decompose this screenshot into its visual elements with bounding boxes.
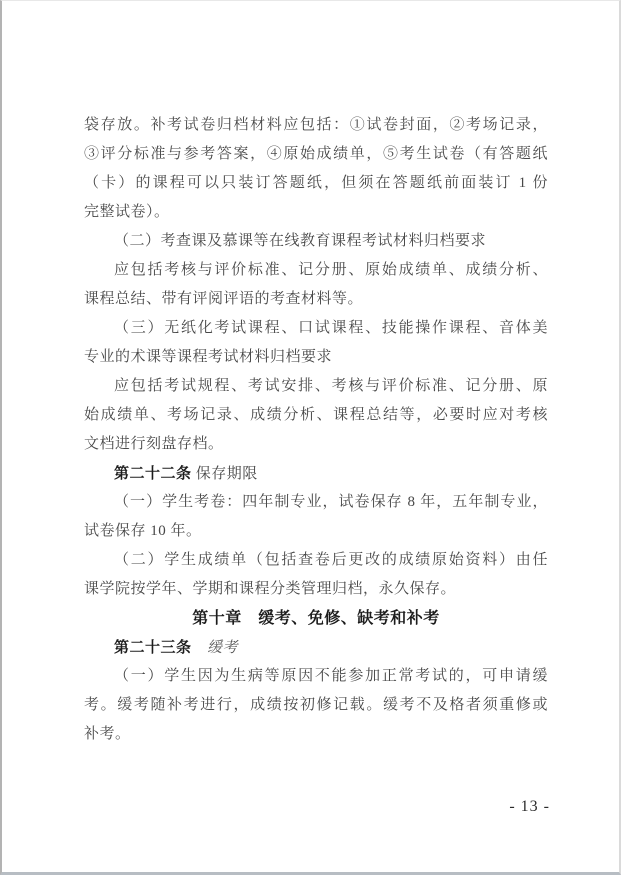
text-segment: 课学院按学年、学期和课程分类管理归档，永久保存。 (84, 581, 456, 597)
page-number: - 13 - (2, 798, 550, 816)
text-segment: 补考。 (84, 726, 131, 742)
text-segment: ③评分标准与参考答案，④原始成绩单，⑤考生试卷（有答题纸 (84, 146, 548, 162)
text-line: 课学院按学年、学期和课程分类管理归档，永久保存。 (84, 575, 548, 604)
text-line: 应包括考试规程、考试安排、考核与评价标准、记分册、原 (84, 372, 548, 401)
text-segment: （一）学生因为生病等原因不能参加正常考试的，可申请缓 (114, 668, 548, 684)
bold-term: 第二十二条 (114, 465, 192, 482)
text-line: 补考。 (84, 720, 548, 749)
text-line: 完整试卷）。 (84, 198, 548, 227)
text-line: （二）学生成绩单（包括查卷后更改的成绩原始资料）由任 (84, 546, 548, 575)
text-line: 第二十三条 缓考 (84, 633, 548, 662)
bold-term: 第十章 缓考、免修、缺考和补考 (192, 610, 440, 627)
kai-term: 缓考 (192, 640, 239, 656)
text-segment: 课程总结、带有评阅评语的考查材料等。 (84, 291, 363, 307)
text-segment: 应包括考核与评价标准、记分册、原始成绩单、成绩分析、 (114, 262, 548, 278)
chapter-heading: 第十章 缓考、免修、缺考和补考 (84, 604, 548, 633)
text-segment: （二）考查课及慕课等在线教育课程考试材料归档要求 (114, 233, 486, 249)
text-line: 考。缓考随补考进行，成绩按初修记载。缓考不及格者须重修或 (84, 691, 548, 720)
text-line: 文档进行刻盘存档。 (84, 430, 548, 459)
text-line: 试卷保存 10 年。 (84, 517, 548, 546)
text-line: （一）学生考卷：四年制专业，试卷保存 8 年，五年制专业， (84, 488, 548, 517)
text-line: 始成绩单、考场记录、成绩分析、课程总结等，必要时应对考核 (84, 401, 548, 430)
text-segment: （二）学生成绩单（包括查卷后更改的成绩原始资料）由任 (114, 552, 548, 568)
text-segment: 试卷保存 10 年。 (84, 523, 202, 539)
document-page: 袋存放。补考试卷归档材料应包括：①试卷封面，②考场记录，③评分标准与参考答案，④… (0, 0, 621, 875)
text-segment: （一）学生考卷：四年制专业，试卷保存 8 年，五年制专业， (114, 494, 548, 510)
text-line: （一）学生因为生病等原因不能参加正常考试的，可申请缓 (84, 662, 548, 691)
text-segment: 文档进行刻盘存档。 (84, 436, 224, 452)
text-line: 专业的术课等课程考试材料归档要求 (84, 343, 548, 372)
text-line: 应包括考核与评价标准、记分册、原始成绩单、成绩分析、 (84, 256, 548, 285)
text-line: （卡）的课程可以只装订答题纸，但须在答题纸前面装订 1 份 (84, 169, 548, 198)
text-line: （三）无纸化考试课程、口试课程、技能操作课程、音体美 (84, 314, 548, 343)
text-segment: （卡）的课程可以只装订答题纸，但须在答题纸前面装订 1 份 (84, 175, 548, 191)
text-line: （二）考查课及慕课等在线教育课程考试材料归档要求 (84, 227, 548, 256)
text-segment: 袋存放。补考试卷归档材料应包括：①试卷封面，②考场记录， (84, 117, 548, 133)
text-segment: 考。缓考随补考进行，成绩按初修记载。缓考不及格者须重修或 (84, 697, 548, 713)
text-segment: （三）无纸化考试课程、口试课程、技能操作课程、音体美 (114, 320, 548, 336)
text-line: ③评分标准与参考答案，④原始成绩单，⑤考生试卷（有答题纸 (84, 140, 548, 169)
text-line: 课程总结、带有评阅评语的考查材料等。 (84, 285, 548, 314)
document-body-text: 袋存放。补考试卷归档材料应包括：①试卷封面，②考场记录，③评分标准与参考答案，④… (84, 111, 548, 749)
text-segment: 完整试卷）。 (84, 204, 170, 220)
text-segment: 应包括考试规程、考试安排、考核与评价标准、记分册、原 (114, 378, 548, 394)
text-segment: 保存期限 (192, 466, 258, 482)
text-segment: 专业的术课等课程考试材料归档要求 (84, 349, 332, 365)
text-segment: 始成绩单、考场记录、成绩分析、课程总结等，必要时应对考核 (84, 407, 548, 423)
bold-term: 第二十三条 (114, 639, 192, 656)
text-line: 第二十二条 保存期限 (84, 459, 548, 488)
text-line: 袋存放。补考试卷归档材料应包括：①试卷封面，②考场记录， (84, 111, 548, 140)
